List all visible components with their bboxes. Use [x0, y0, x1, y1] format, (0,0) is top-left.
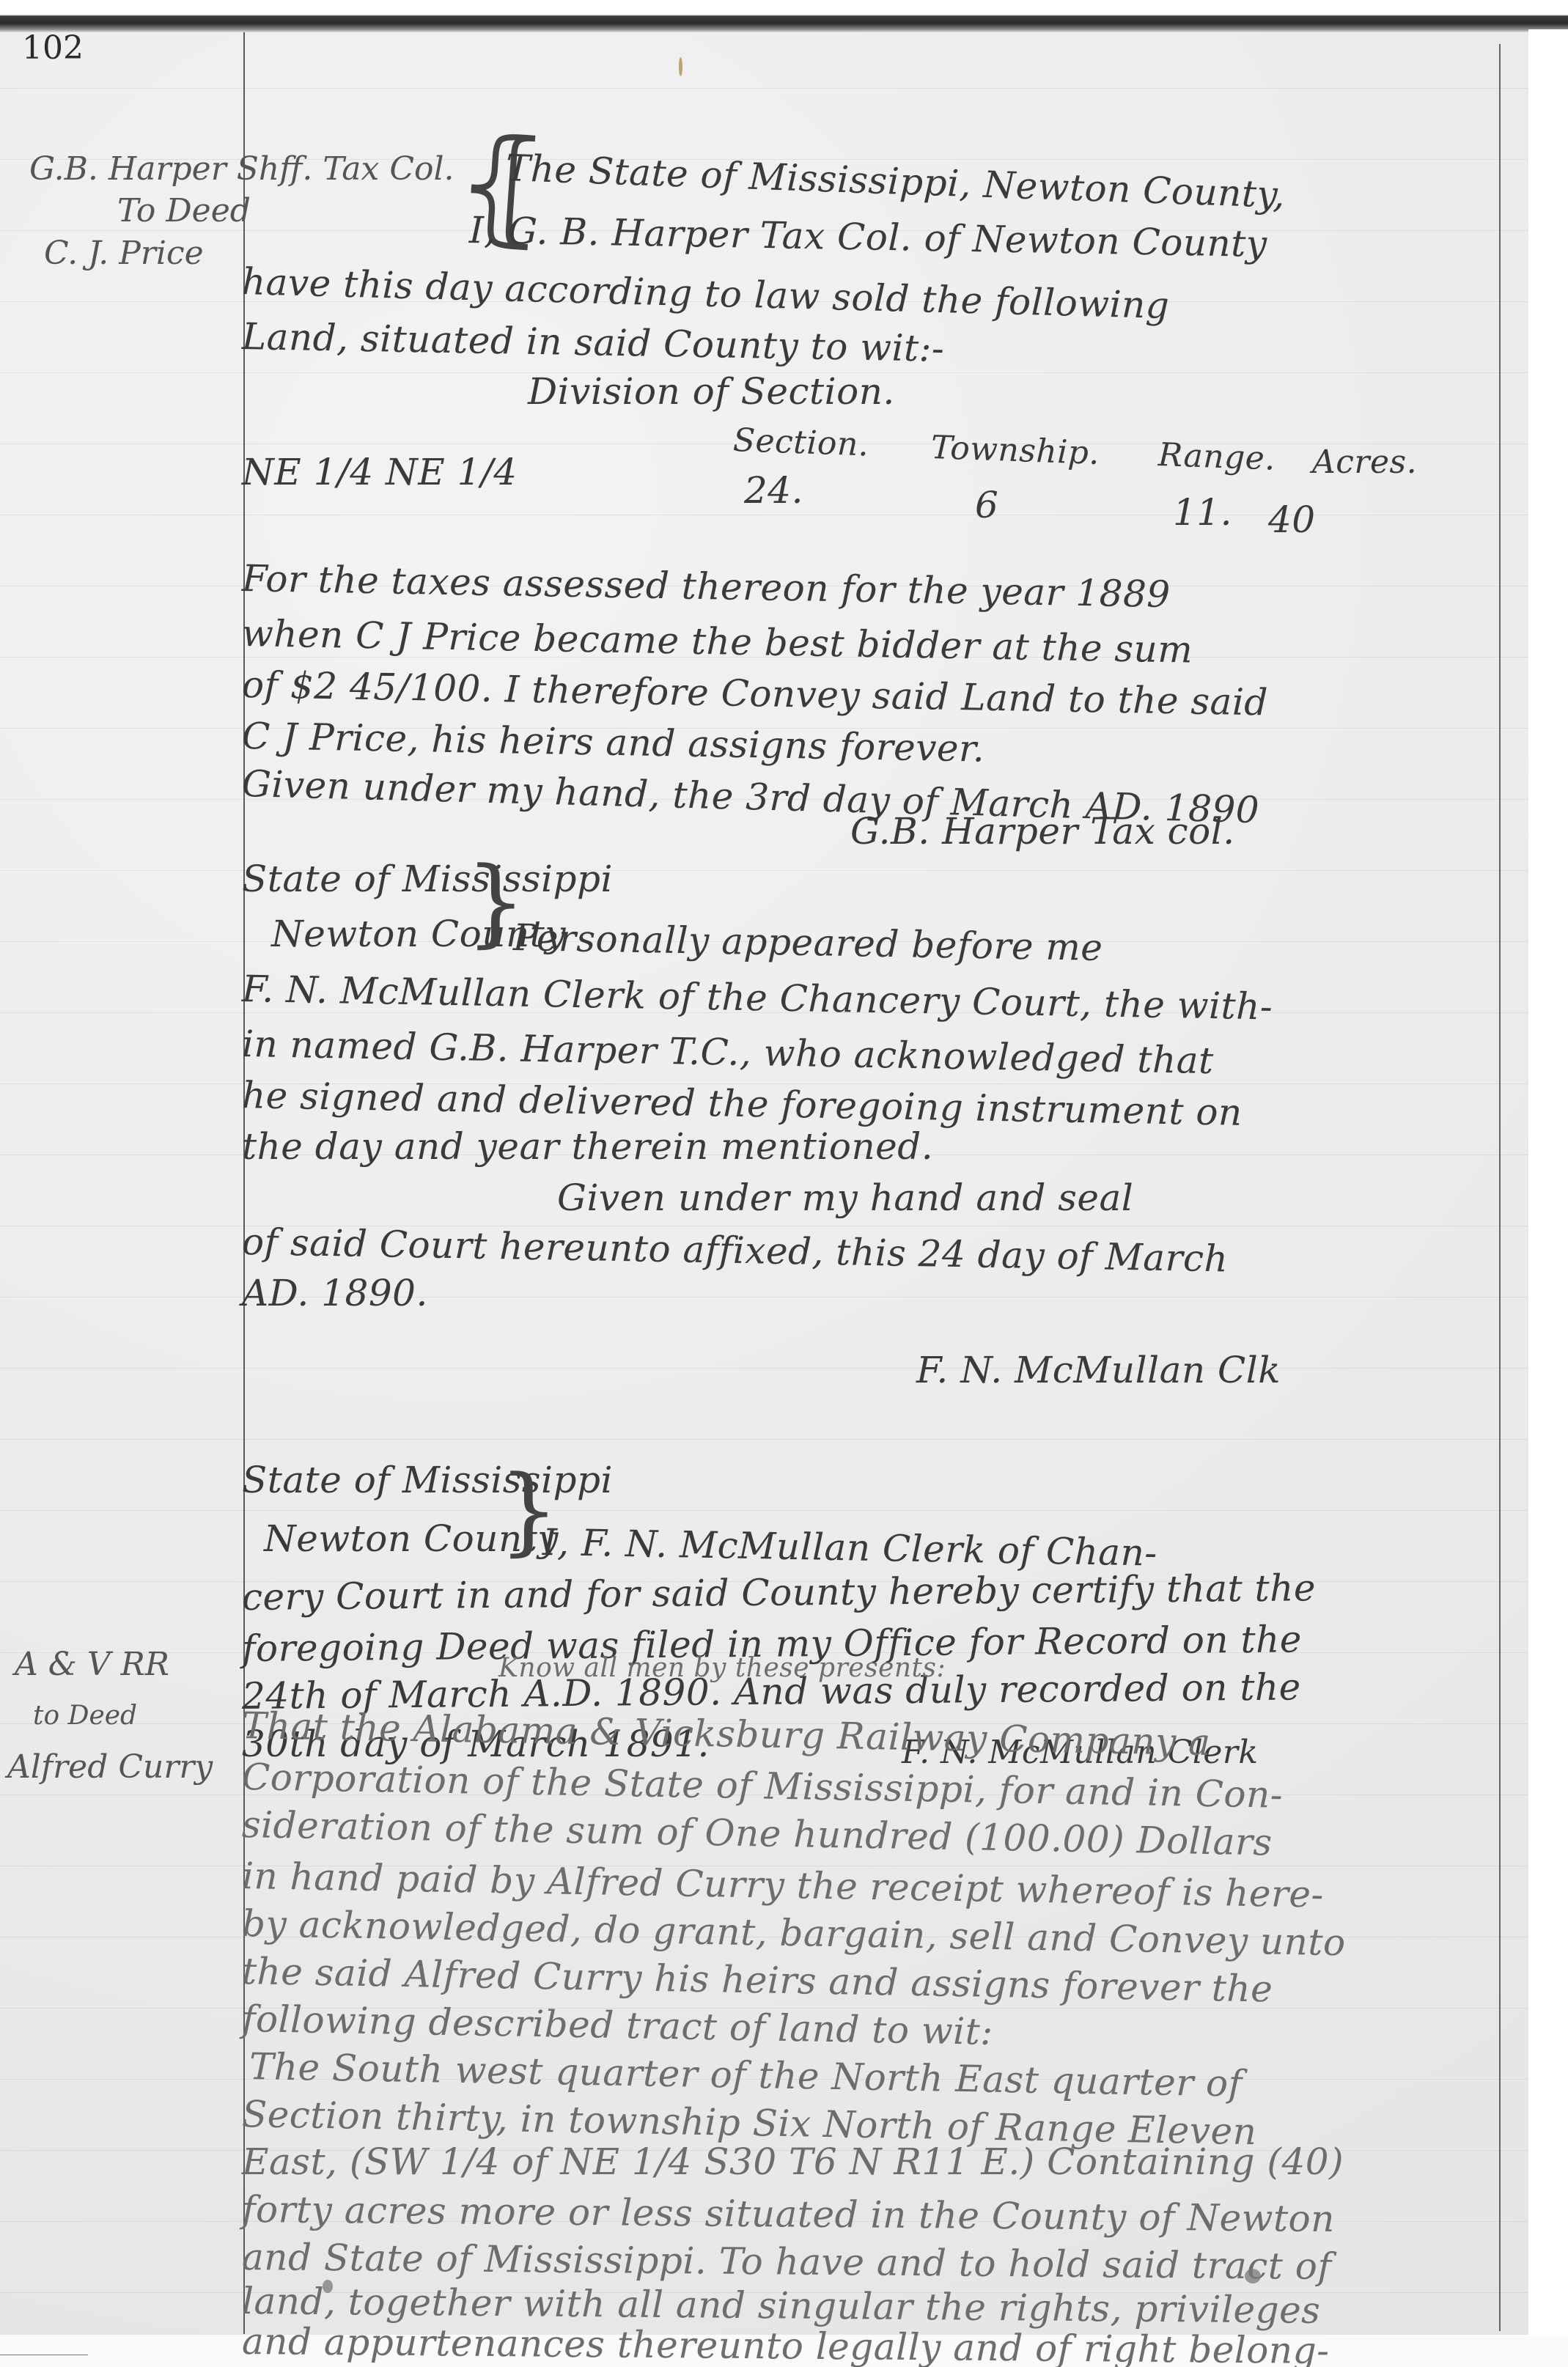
cell-section: 24.	[744, 469, 803, 512]
entry1-margin-line1: G.B. Harper Shff. Tax Col.	[29, 150, 454, 188]
entry2-margin-line3: Alfred Curry	[7, 1748, 213, 1786]
division-title: Division of Section.	[528, 370, 895, 413]
entry1-margin-line3: C. J. Price	[44, 235, 204, 272]
bottom-rule	[0, 2355, 88, 2355]
ack-body-line: the day and year therein mentioned.	[242, 1125, 933, 1168]
cell-range: 11.	[1173, 491, 1232, 534]
col-header-township: Township.	[930, 429, 1100, 472]
cell-division: NE 1/4 NE 1/4	[242, 451, 518, 493]
entry1-signature: G.B. Harper Tax col.	[850, 810, 1235, 853]
entry2-body-line: East, (SW 1/4 of NE 1/4 S30 T6 N R11 E.)…	[242, 2140, 1344, 2183]
ack-given: Given under my hand and seal	[557, 1177, 1133, 1219]
ack-given-3: AD. 1890.	[242, 1272, 428, 1314]
entry2-margin-line2: to Deed	[33, 1701, 137, 1731]
binding-edge	[0, 0, 1568, 32]
col-header-acres: Acres.	[1312, 443, 1417, 481]
ack-heading-state: State of Mississippi	[242, 858, 613, 900]
ink-stain	[1245, 2269, 1261, 2283]
page-edge	[1528, 29, 1568, 2367]
cell-acres: 40	[1268, 498, 1316, 541]
col-header-range: Range.	[1157, 436, 1276, 478]
right-rule	[1499, 44, 1501, 2331]
col-header-section: Section.	[732, 422, 869, 463]
ink-stain	[323, 2280, 333, 2293]
entry2-margin-line1: A & V RR	[15, 1646, 169, 1683]
entry2-intro: Know all men by these presents:	[498, 1653, 946, 1683]
document-page: 102 G.B. Harper Shff. Tax Col. To Deed C…	[0, 0, 1568, 2367]
entry1-margin-line2: To Deed	[117, 192, 251, 229]
ack-signature: F. N. McMullan Clk	[916, 1349, 1281, 1391]
page-number: 102	[22, 29, 84, 67]
ink-stain	[679, 57, 682, 76]
cell-township: 6	[975, 484, 998, 526]
